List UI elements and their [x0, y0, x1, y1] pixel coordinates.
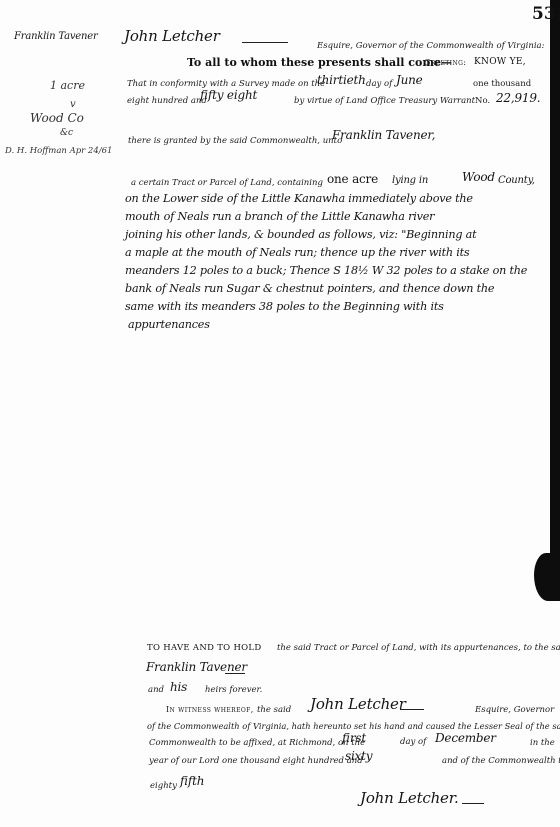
- margin-tick: v: [70, 99, 76, 110]
- witness-title: Esquire, Governor: [475, 705, 554, 715]
- signature-flourish: [462, 803, 484, 804]
- margin-abbrev: &c: [60, 128, 73, 138]
- flourish-line: [225, 673, 245, 674]
- witness-line-5-prefix: eighty: [150, 781, 177, 791]
- tract-location: lying in: [392, 175, 428, 186]
- survey-suffix: one thousand: [473, 79, 531, 89]
- witness-line-3-prefix: Commonwealth to be affixed, at Richmond,…: [149, 738, 365, 748]
- grantee-prefix: there is granted by the said Commonwealt…: [128, 136, 342, 146]
- governor-signature: John Letcher.: [360, 789, 459, 807]
- tract-acreage: one acre: [327, 172, 378, 186]
- habendum-lead: TO HAVE AND TO HOLD: [147, 643, 262, 653]
- warrant-no-label: No.: [475, 96, 490, 106]
- witness-month: December: [435, 731, 496, 745]
- margin-acreage: 1 acre: [50, 79, 85, 92]
- scan-border-edge: [550, 0, 560, 600]
- witness-line-2: of the Commonwealth of Virginia, hath he…: [147, 721, 560, 731]
- survey-year: fifty eight: [200, 88, 257, 102]
- grantee-name: Franklin Tavener,: [332, 128, 435, 142]
- land-grant-page: 531 Franklin Tavener John Letcher Esquir…: [0, 0, 560, 827]
- description-line: bank of Neals run Sugar & chestnut point…: [125, 280, 494, 298]
- description-line: mouth of Neals run a branch of the Littl…: [125, 208, 434, 226]
- year-prefix: eight hundred and: [127, 96, 207, 106]
- tract-county: Wood: [462, 170, 495, 184]
- margin-county: Wood Co: [30, 111, 84, 125]
- page-number: 531: [532, 4, 560, 24]
- habendum-grantee: Franklin Tavener: [146, 660, 247, 674]
- survey-day: thirtieth: [317, 73, 366, 87]
- witness-line-4-prefix: year of our Lord one thousand eight hund…: [149, 756, 363, 766]
- salutation: To all to whom these presents shall come…: [187, 56, 452, 69]
- governor-title: Esquire, Governor of the Commonwealth of…: [317, 41, 544, 51]
- margin-recorded-note: D. H. Hoffman Apr 24/61: [5, 146, 112, 156]
- warrant-text: by virtue of Land Office Treasury Warran…: [294, 96, 475, 106]
- witness-day: first: [342, 731, 366, 745]
- know-ye: KNOW YE,: [474, 57, 526, 67]
- scan-border-blob: [534, 553, 560, 601]
- witness-governor-name: John Letcher: [310, 695, 406, 713]
- habendum-heirs: heirs forever.: [205, 685, 262, 695]
- survey-month: June: [396, 73, 423, 87]
- description-line: same with its meanders 38 poles to the B…: [125, 298, 444, 316]
- witness-said: the said: [257, 705, 291, 715]
- witness-year: sixty: [345, 749, 372, 763]
- greeting: Greeting:: [424, 58, 466, 67]
- governor-name-header: John Letcher: [124, 27, 220, 45]
- flourish-line: [400, 709, 424, 710]
- habendum-and: and: [148, 685, 164, 695]
- commonwealth-year: fifth: [180, 774, 204, 788]
- description-line: joining his other lands, & bounded as fo…: [125, 226, 476, 244]
- margin-grantee-name: Franklin Tavener: [14, 31, 98, 42]
- habendum-text: the said Tract or Parcel of Land, with i…: [277, 643, 560, 653]
- habendum-pronoun: his: [170, 680, 187, 694]
- warrant-number: 22,919.: [496, 91, 540, 105]
- witness-in-the: in the: [530, 738, 555, 748]
- description-line: appurtenances: [128, 316, 210, 334]
- tract-prefix: a certain Tract or Parcel of Land, conta…: [131, 178, 323, 188]
- witness-line-4-suffix: and of the Commonwealth the: [442, 756, 560, 766]
- description-line: on the Lower side of the Little Kanawha …: [125, 190, 473, 208]
- witness-lead: In witness whereof,: [166, 705, 254, 714]
- survey-day-of: day of: [366, 79, 392, 89]
- description-line: meanders 12 poles to a buck; Thence S 18…: [125, 262, 527, 280]
- description-line: a maple at the mouth of Neals run; thenc…: [125, 244, 469, 262]
- flourish-line: [242, 42, 288, 43]
- witness-day-of: day of: [400, 737, 426, 747]
- tract-county-suffix: County,: [498, 175, 535, 186]
